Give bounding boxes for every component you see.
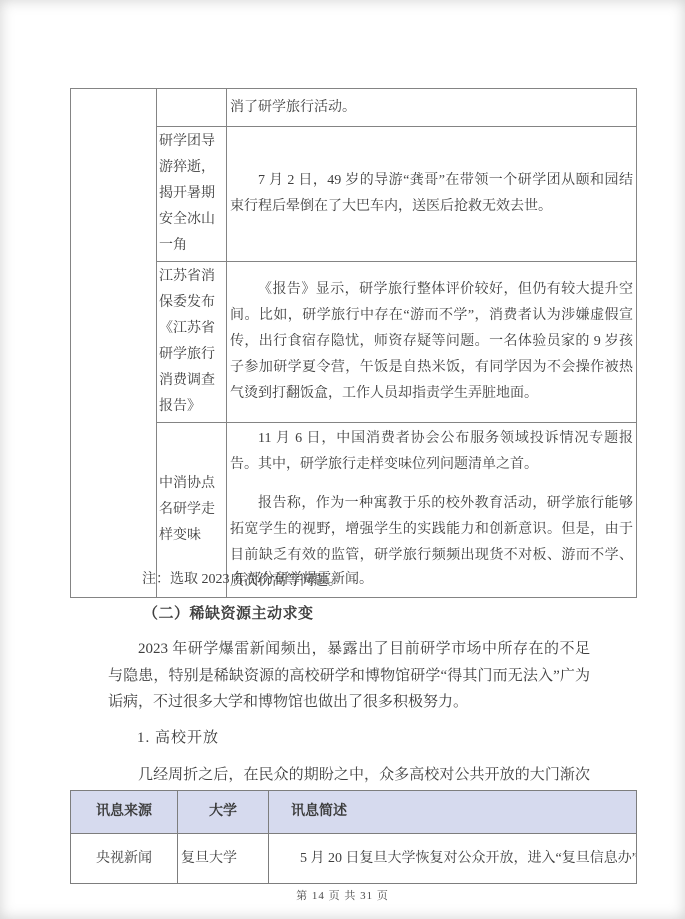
subsection-heading: 1. 高校开放	[137, 726, 219, 747]
university-table: 讯息来源 大学 讯息简述 央视新闻 复旦大学 5 月 20 日复旦大学恢复对公众…	[70, 790, 637, 884]
university-cell: 复旦大学	[178, 834, 269, 884]
news-summary-cell: 7 月 2 日，49 岁的导游“龚哥”在带领一个研学团从颐和园结束行程后晕倒在了…	[227, 127, 637, 262]
page-number-footer: 第 14 页 共 31 页	[0, 887, 685, 903]
news-table: 消了研学旅行活动。 研学团导游猝逝，揭开暑期安全冰山一角 7 月 2 日，49 …	[70, 88, 637, 598]
column-header-source: 讯息来源	[71, 791, 178, 834]
table-note: 注：选取 2023 年部分研学爆雷新闻。	[142, 568, 373, 588]
news-summary-text: 《报告》显示，研学旅行整体评价较好，但仍有较大提升空间。比如，研学旅行中存在“游…	[230, 277, 633, 407]
news-summary-cell: 消了研学旅行活动。	[227, 89, 637, 127]
news-title-text: 研学团导游猝逝，揭开暑期安全冰山一角	[159, 129, 225, 259]
news-summary-text: 7 月 2 日，49 岁的导游“龚哥”在带领一个研学团从颐和园结束行程后晕倒在了…	[230, 168, 633, 220]
news-title-cell: 研学团导游猝逝，揭开暑期安全冰山一角	[157, 127, 227, 262]
news-title-text: 中消协点名研学走样变味	[159, 471, 225, 549]
section-heading: （二）稀缺资源主动求变	[143, 602, 314, 623]
university-table-header-row: 讯息来源 大学 讯息简述	[71, 791, 637, 834]
news-summary-paragraph-1: 11 月 6 日，中国消费者协会公布服务领域投诉情况专题报告。其中，研学旅行走样…	[230, 426, 633, 478]
news-summary-cell: 《报告》显示，研学旅行整体评价较好，但仍有较大提升空间。比如，研学旅行中存在“游…	[227, 262, 637, 423]
news-title-text: 江苏省消保委发布《江苏省研学旅行消费调查报告》	[159, 264, 225, 420]
news-category-merged-cell	[71, 89, 157, 598]
column-header-summary: 讯息简述	[269, 791, 637, 834]
news-title-cell-empty	[157, 89, 227, 127]
news-summary-text: 消了研学旅行活动。	[230, 95, 633, 121]
university-table-row: 央视新闻 复旦大学 5 月 20 日复旦大学恢复对公众开放，进入“复旦信息办”	[71, 834, 637, 884]
news-table-row-1: 消了研学旅行活动。	[71, 89, 637, 127]
column-header-university: 大学	[178, 791, 269, 834]
source-cell: 央视新闻	[71, 834, 178, 884]
body-paragraph-1: 2023 年研学爆雷新闻频出，暴露出了目前研学市场中所存在的不足与隐患，特别是稀…	[108, 636, 590, 716]
news-title-cell: 江苏省消保委发布《江苏省研学旅行消费调查报告》	[157, 262, 227, 423]
summary-cell: 5 月 20 日复旦大学恢复对公众开放，进入“复旦信息办”	[269, 834, 637, 884]
document-page: 消了研学旅行活动。 研学团导游猝逝，揭开暑期安全冰山一角 7 月 2 日，49 …	[0, 0, 685, 919]
